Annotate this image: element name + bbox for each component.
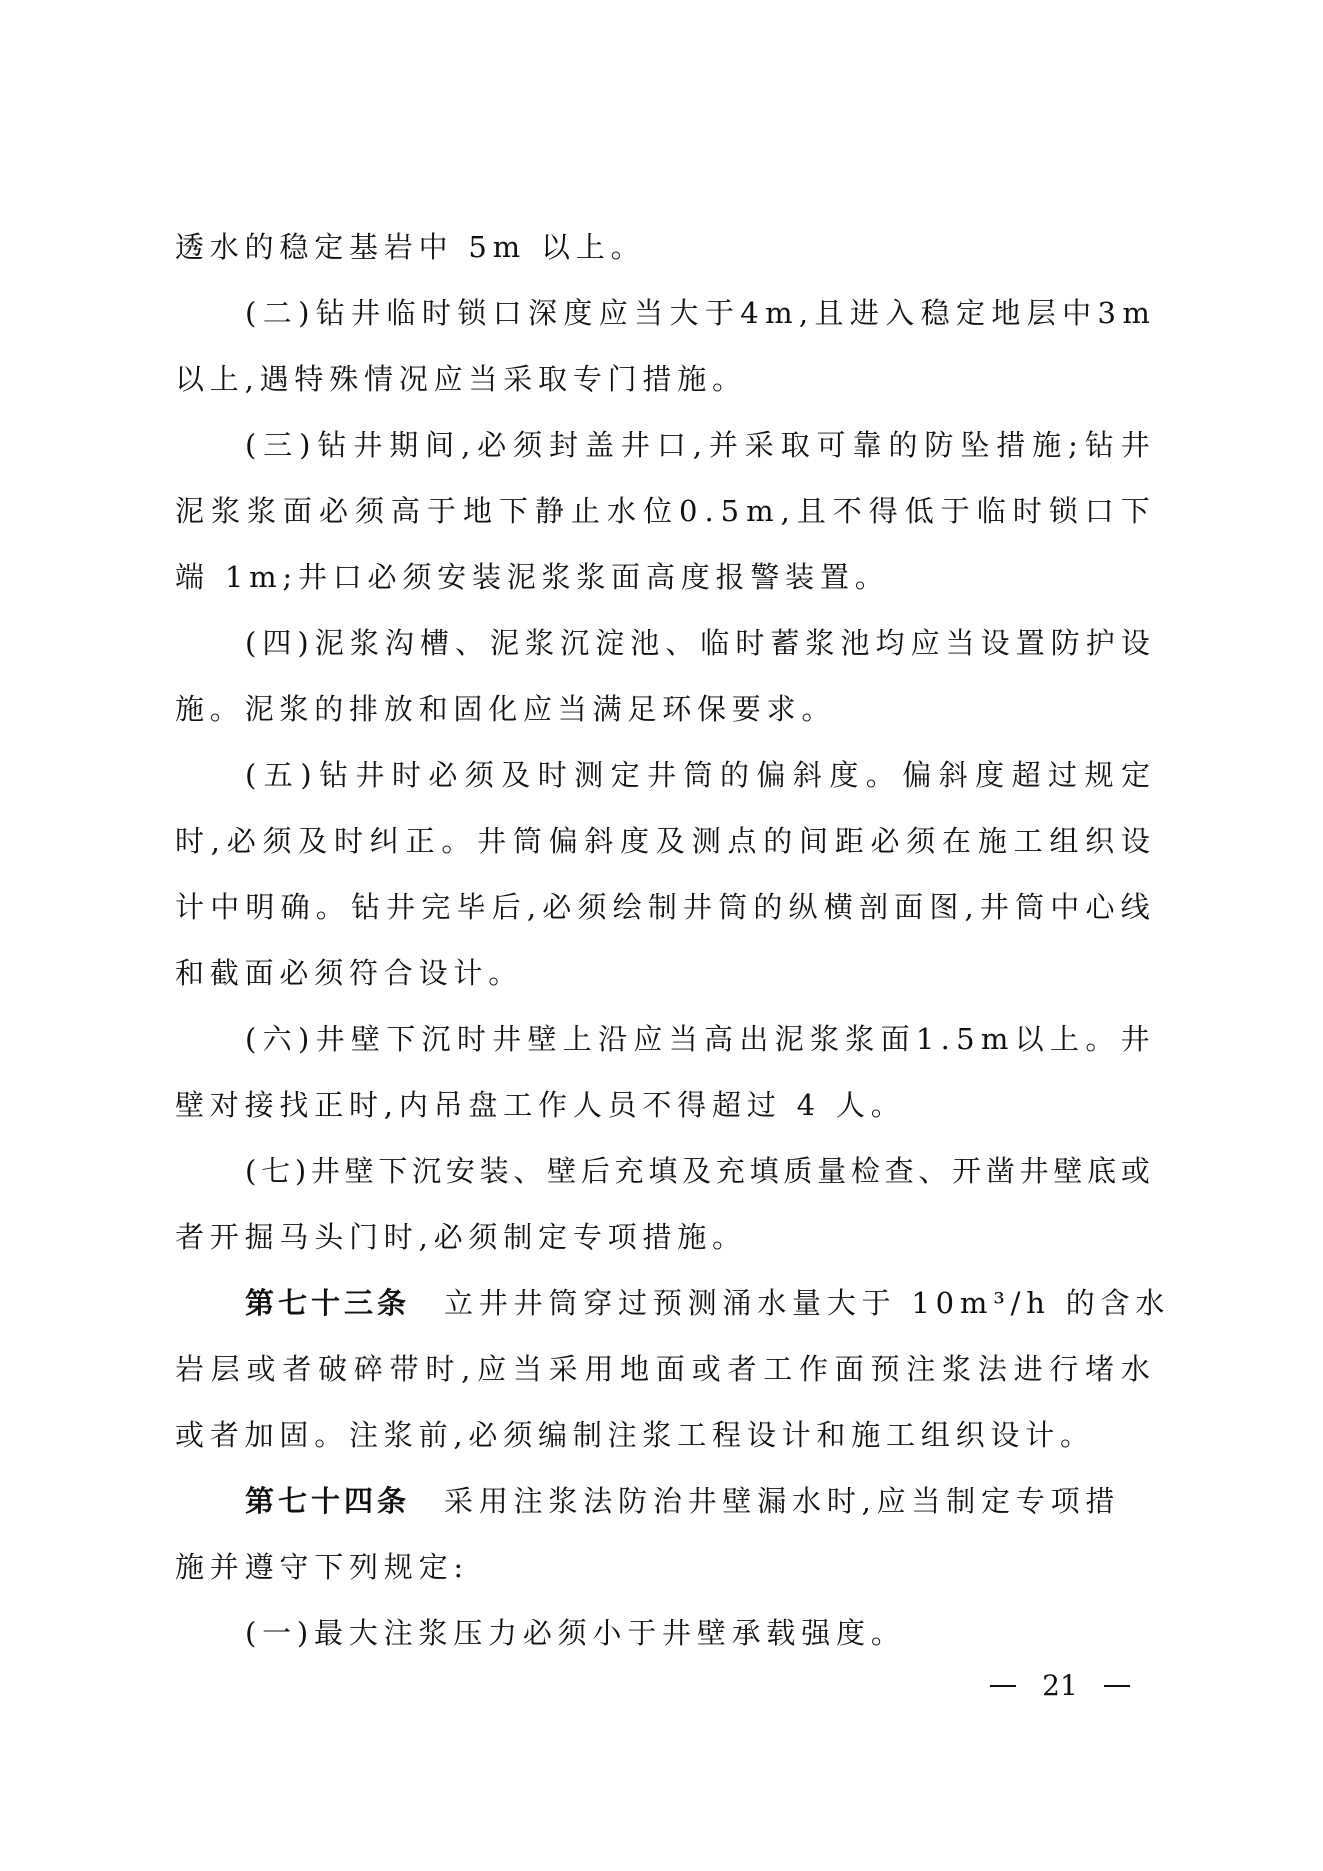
- dash-left: [990, 1685, 1016, 1687]
- text-line: 岩层或者破碎带时,应当采用地面或者工作面预注浆法进行堵水: [175, 1336, 1150, 1402]
- article-74-text: 采用注浆法防治井壁漏水时,应当制定专项措: [444, 1484, 1120, 1518]
- text-line: 泥浆浆面必须高于地下静止水位0.5m,且不得低于临时锁口下: [175, 478, 1150, 544]
- text-line: 施。泥浆的排放和固化应当满足环保要求。: [175, 676, 1150, 742]
- text-line: 计中明确。钻井完毕后,必须绘制井筒的纵横剖面图,井筒中心线: [175, 874, 1150, 940]
- page-number: 21: [990, 1666, 1130, 1706]
- article-74: 第七十四条采用注浆法防治井壁漏水时,应当制定专项措: [175, 1468, 1150, 1534]
- text-line: 或者加固。注浆前,必须编制注浆工程设计和施工组织设计。: [175, 1402, 1150, 1468]
- text-line: 时,必须及时纠正。井筒偏斜度及测点的间距必须在施工组织设: [175, 808, 1150, 874]
- clause-4-line: (四)泥浆沟槽、泥浆沉淀池、临时蓄浆池均应当设置防护设: [175, 610, 1150, 676]
- clause-5-line: (五)钻井时必须及时测定井筒的偏斜度。偏斜度超过规定: [175, 742, 1150, 808]
- page-number-value: 21: [1042, 1666, 1078, 1706]
- clause-1-line: (一)最大注浆压力必须小于井壁承载强度。: [175, 1600, 1150, 1666]
- clause-6-line: (六)井壁下沉时井壁上沿应当高出泥浆浆面1.5m以上。井: [175, 1006, 1150, 1072]
- text-line: 者开掘马头门时,必须制定专项措施。: [175, 1204, 1150, 1270]
- article-73-heading: 第七十三条: [245, 1286, 410, 1320]
- text-line: 以上,遇特殊情况应当采取专门措施。: [175, 346, 1150, 412]
- article-73: 第七十三条立井井筒穿过预测涌水量大于 10m³/h 的含水: [175, 1270, 1150, 1336]
- clause-2-line: (二)钻井临时锁口深度应当大于4m,且进入稳定地层中3m: [175, 280, 1150, 346]
- clause-7-line: (七)井壁下沉安装、壁后充填及充填质量检查、开凿井壁底或: [175, 1138, 1150, 1204]
- text-line: 端 1m;井口必须安装泥浆浆面高度报警装置。: [175, 544, 1150, 610]
- document-body: 透水的稳定基岩中 5m 以上。 (二)钻井临时锁口深度应当大于4m,且进入稳定地…: [175, 214, 1150, 1666]
- text-line: 透水的稳定基岩中 5m 以上。: [175, 214, 1150, 280]
- text-line: 和截面必须符合设计。: [175, 940, 1150, 1006]
- article-73-text: 立井井筒穿过预测涌水量大于 10m³/h 的含水: [444, 1286, 1170, 1320]
- text-line: 壁对接找正时,内吊盘工作人员不得超过 4 人。: [175, 1072, 1150, 1138]
- dash-right: [1104, 1685, 1130, 1687]
- article-74-heading: 第七十四条: [245, 1484, 410, 1518]
- text-line: 施并遵守下列规定:: [175, 1534, 1150, 1600]
- clause-3-line: (三)钻井期间,必须封盖井口,并采取可靠的防坠措施;钻井: [175, 412, 1150, 478]
